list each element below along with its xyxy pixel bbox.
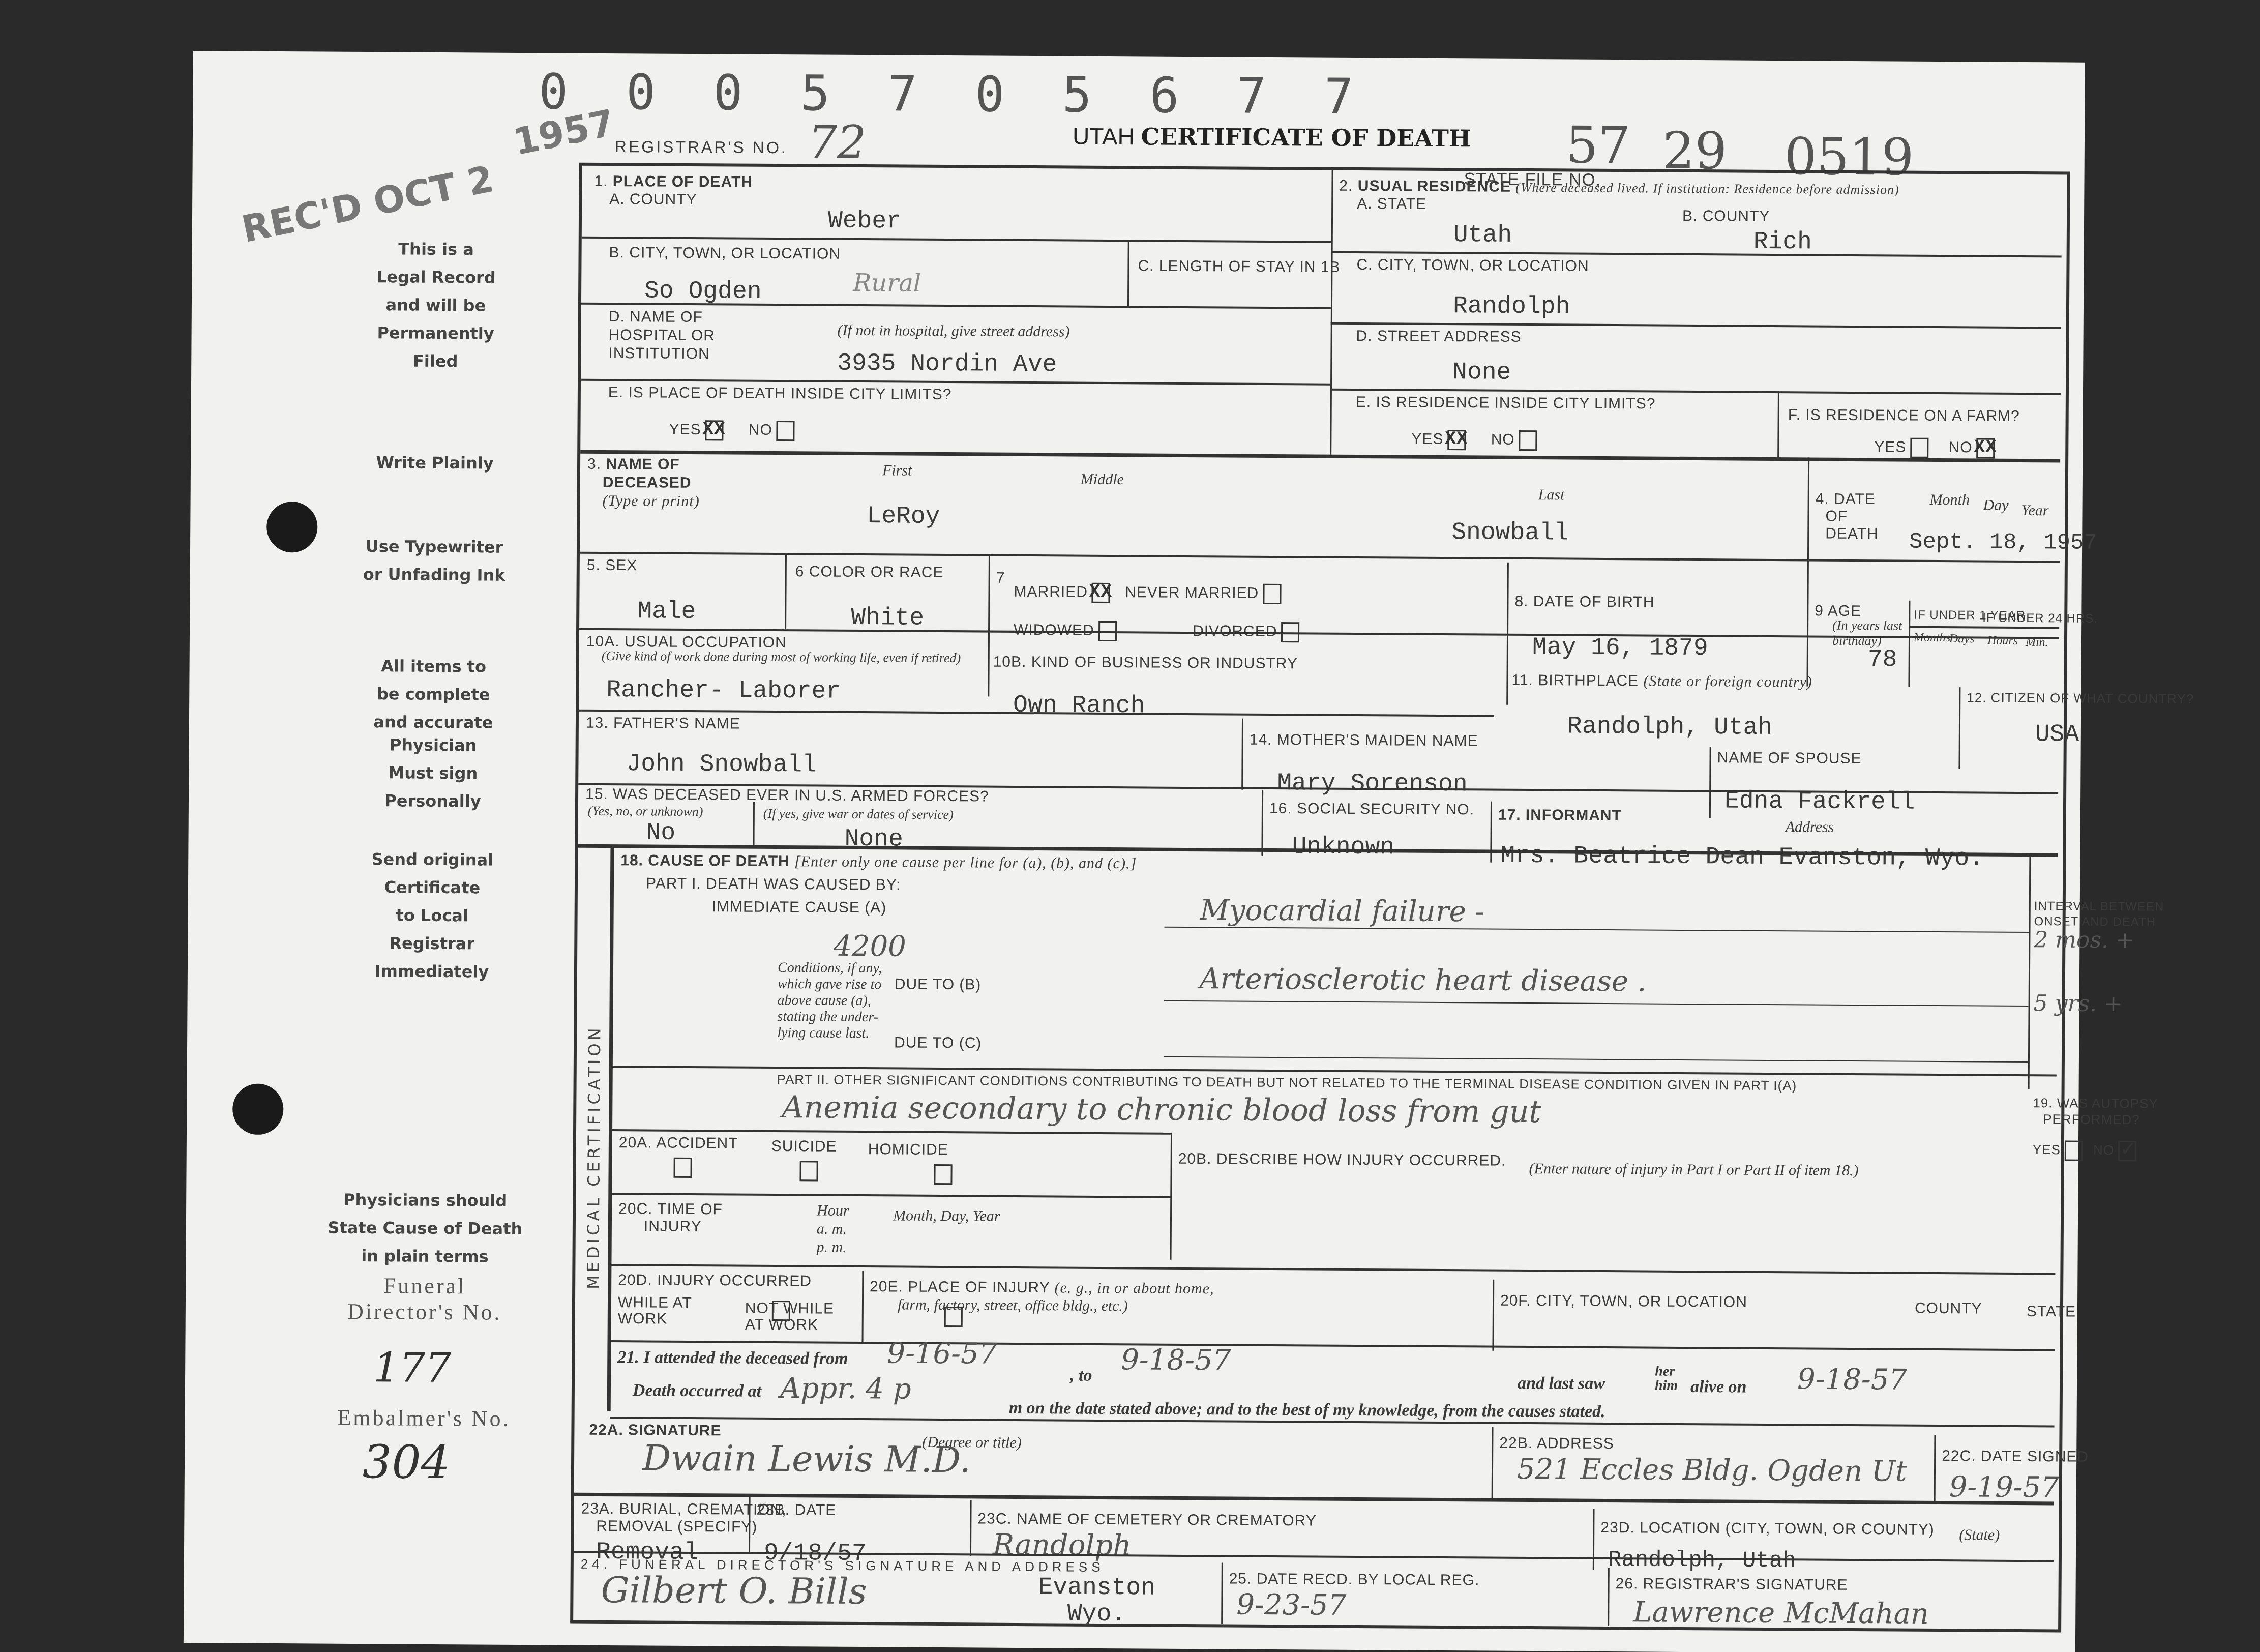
residence-inside-yes-checkbox[interactable]: [1447, 430, 1466, 450]
label: 20e. PLACE OF INJURY: [870, 1278, 1050, 1296]
title-main: CERTIFICATE OF DEATH: [1141, 123, 1471, 152]
title-prefix: UTAH: [1073, 123, 1135, 150]
part2-value: Anemia secondary to chronic blood loss f…: [782, 1089, 1541, 1130]
age-label-text: 9 AGE: [1815, 602, 1861, 619]
yes-label: YES: [2033, 1142, 2061, 1157]
place-of-death-heading: 1. PLACE OF DEATH: [594, 173, 753, 191]
cemetery-value: Randolph: [993, 1528, 1132, 1562]
citizen-label: 12. CITIZEN OF WHAT COUNTRY?: [1967, 690, 2194, 707]
registrar-no: 72: [808, 115, 867, 169]
note-line: Physician: [362, 731, 504, 760]
residence-county-value: Rich: [1753, 228, 1812, 256]
farm-no-checkbox[interactable]: [1977, 438, 1995, 458]
business-label: 10b. KIND OF BUSINESS OR INDUSTRY: [993, 654, 1298, 673]
never-married-checkbox[interactable]: [1263, 584, 1281, 604]
medical-certification-label: MEDICAL CERTIFICATION: [583, 1025, 604, 1289]
label-line: 23a. BURIAL, CREMATION,: [581, 1500, 786, 1519]
label-line: INTERVAL BETWEEN: [2034, 899, 2164, 915]
registrar-no-label: REGISTRAR'S NO.: [615, 137, 788, 157]
label-line: NOT WHILE: [745, 1301, 834, 1317]
death-inside-yes-checkbox[interactable]: [705, 420, 723, 440]
registrar-signature-label: 26. REGISTRAR'S SIGNATURE: [1616, 1575, 1848, 1594]
residence-inside-no-checkbox[interactable]: [1519, 430, 1537, 451]
age-value: 78: [1868, 646, 1897, 673]
num: 3.: [587, 456, 601, 473]
place-of-injury-hint: farm, factory, street, office bldg., etc…: [898, 1296, 1128, 1315]
accident-checkbox[interactable]: [673, 1158, 692, 1178]
death-date-label: 4. DATE OF DEATH: [1815, 491, 1879, 543]
note-line: Registrar: [355, 929, 508, 958]
num: 2.: [1339, 178, 1353, 194]
residence-state-value: Utah: [1453, 221, 1512, 249]
injury-city-label: 20f. CITY, TOWN, OR LOCATION: [1500, 1292, 1747, 1311]
death-county-value: Weber: [828, 208, 901, 235]
label: 18. CAUSE OF DEATH: [620, 852, 790, 870]
residence-street-value: None: [1452, 359, 1511, 387]
num: 1.: [594, 173, 608, 190]
label: 22a. SIGNATURE: [589, 1422, 721, 1439]
label-line: INJURY: [618, 1218, 723, 1235]
days-label: Days: [1949, 632, 1974, 646]
suicide-label: SUICIDE: [771, 1138, 837, 1156]
married-option: MARRIED NEVER MARRIED: [1014, 582, 1281, 604]
death-occurred-value: Appr. 4 p: [780, 1372, 911, 1406]
physician-address-value: 521 Eccles Bldg. Ogden Ut: [1517, 1453, 1907, 1488]
death-county-label: a. COUNTY: [609, 191, 697, 209]
stamp-year: 1957: [510, 101, 618, 164]
death-occurred-label: Death occurred at: [633, 1381, 761, 1401]
note-line: Immediately: [355, 957, 508, 986]
residence-city-value: Randolph: [1453, 292, 1570, 320]
label-line: WORK: [618, 1311, 692, 1327]
label-line: PERFORMED?: [2033, 1111, 2158, 1128]
residence-street-label: d. STREET ADDRESS: [1356, 328, 1522, 346]
hint: (Where deceased lived. If institution: R…: [1515, 180, 1899, 197]
sidebar-note-complete: All items to be complete and accurate: [362, 652, 505, 737]
yes-label: YES: [1411, 431, 1443, 448]
hint: [Enter only one cause per line for (a), …: [794, 853, 1137, 872]
no-label: NO: [749, 422, 772, 438]
her: her: [1655, 1365, 1678, 1379]
sidebar-note-cause: Physicians should State Cause of Death i…: [323, 1186, 527, 1271]
form-title: UTAH CERTIFICATE OF DEATH: [1073, 123, 1471, 153]
injury-description-hint: (Enter nature of injury in Part I or Par…: [1529, 1160, 1859, 1179]
death-city-note: Rural: [853, 269, 921, 298]
her-him-label: her him: [1655, 1365, 1678, 1393]
hint-line: lying cause last.: [777, 1025, 882, 1042]
sex-value: Male: [637, 598, 696, 626]
note-line: Use Typewriter: [358, 533, 511, 562]
residence-city-label: c. CITY, TOWN, OR LOCATION: [1356, 256, 1589, 275]
label-line: 20c. TIME OF: [618, 1200, 723, 1218]
month-day-year-label: Month, Day, Year: [893, 1207, 1000, 1225]
label-line: WHILE AT: [618, 1294, 692, 1311]
first-label: First: [882, 462, 912, 479]
hospital-hint: (If not in hospital, give street address…: [838, 322, 1070, 341]
death-inside-no-checkbox[interactable]: [777, 421, 795, 441]
yes-label: YES: [1874, 438, 1906, 455]
hole-punch: [266, 501, 318, 553]
address-line: Wyo.: [1038, 1601, 1155, 1628]
alive-on-label: alive on: [1690, 1377, 1747, 1397]
note-line: This is a: [365, 235, 507, 264]
autopsy-label: 19. WAS AUTOPSY PERFORMED?: [2033, 1095, 2158, 1128]
death-inside-limits: YES NO: [669, 420, 795, 441]
informant-address-label: Address: [1786, 818, 1834, 836]
him: him: [1655, 1379, 1678, 1393]
length-of-stay-label: c. LENGTH OF STAY IN 1b: [1138, 257, 1340, 276]
first-name-value: LeRoy: [867, 503, 940, 530]
informant-label: 17. INFORMANT: [1498, 807, 1622, 824]
hint-line: which gave rise to: [778, 976, 882, 993]
note-line: Must sign: [362, 759, 504, 788]
burial-location-label: 23d. LOCATION (City, town, or county): [1600, 1519, 1935, 1539]
last-saw-label: and last saw: [1518, 1374, 1605, 1394]
embalmer-no: 304: [363, 1435, 450, 1489]
death-date-value: Sept. 18, 1957: [1909, 529, 2097, 556]
label: 11. BIRTHPLACE: [1511, 672, 1639, 690]
ssn-value: Unknown: [1292, 833, 1394, 861]
note-line: be complete: [362, 680, 504, 709]
label-line: 4. DATE: [1816, 491, 1879, 509]
sidebar-note-physician: Physician Must sign Personally: [362, 731, 504, 816]
farm-yes-checkbox[interactable]: [1910, 438, 1928, 458]
part1-label: PART I. DEATH WAS CAUSED BY:: [646, 875, 901, 894]
injury-occurred-label: 20d. INJURY OCCURRED: [618, 1272, 812, 1290]
received-stamp: REC'D OCT 2 1957: [238, 131, 624, 250]
label: 17. INFORMANT: [1498, 807, 1622, 824]
sex-label: 5. SEX: [587, 557, 638, 575]
autopsy-no-checkbox[interactable]: [2118, 1141, 2136, 1161]
hint: (Type or print): [587, 492, 699, 511]
funeral-director-no: 177: [373, 1344, 451, 1392]
attended-prefix: 21. I attended the deceased from: [617, 1348, 848, 1369]
note-line: Physicians should: [323, 1186, 527, 1215]
funeral-director-no-label: Funeral Director's No.: [323, 1273, 527, 1325]
cause-of-death-label: 18. CAUSE OF DEATH [Enter only one cause…: [620, 852, 1137, 872]
date-received-value: 9-23-57: [1236, 1588, 1346, 1622]
certificate-page: 0 0 0 5 7 0 5 6 7 7 REGISTRAR'S NO. 72 U…: [184, 51, 2085, 1652]
note-line: to Local: [355, 901, 508, 930]
am-label: a. m.: [817, 1220, 849, 1238]
informant-value: Mrs. Beatrice Dean Evanston, Wyo.: [1500, 842, 1984, 873]
label: 23d. LOCATION (City, town, or county): [1600, 1519, 1935, 1538]
serial-number: 0 0 0 5 7 0 5 6 7 7: [539, 63, 1368, 125]
label-line: Funeral: [323, 1273, 526, 1300]
place-of-injury-label: 20e. PLACE OF INJURY (e. g., in or about…: [870, 1278, 1214, 1297]
note-line: Legal Record: [365, 263, 507, 292]
note-line: Certificate: [356, 873, 509, 902]
label-line: d. NAME OF: [609, 308, 716, 327]
race-label: 6 COLOR OR RACE: [795, 563, 944, 581]
hint-line: above cause (a),: [778, 992, 882, 1009]
sidebar-note-send: Send original Certificate to Local Regis…: [355, 845, 509, 986]
injury-state-label: STATE: [2027, 1303, 2076, 1321]
birthplace-value: Randolph, Utah: [1567, 713, 1773, 742]
residence-inside-limits-label: e. IS RESIDENCE INSIDE CITY LIMITS?: [1356, 394, 1656, 413]
occupation-hint: (Give kind of work done during most of w…: [602, 648, 968, 666]
label-line: INSTITUTION: [608, 344, 715, 363]
time-of-injury-label: 20c. TIME OF INJURY: [618, 1200, 723, 1235]
autopsy-yes-checkbox[interactable]: [2065, 1141, 2083, 1161]
no-label: NO: [1491, 431, 1515, 448]
death-city-label: b. CITY, TOWN, OR LOCATION: [609, 244, 841, 263]
sidebar-note-typewriter: Use Typewriter or Unfading Ink: [358, 533, 511, 589]
hospital-label: d. NAME OF HOSPITAL OR INSTITUTION: [608, 308, 715, 363]
hospital-value: 3935 Nordin Ave: [837, 350, 1057, 379]
autopsy-options: YES NO: [2033, 1140, 2137, 1161]
date-received-label: 25. DATE RECD. BY LOCAL REG.: [1229, 1570, 1480, 1589]
note-line: State Cause of Death: [323, 1214, 527, 1243]
funeral-director-address: Evanston Wyo.: [1038, 1574, 1155, 1628]
year-label: Year: [2021, 502, 2048, 519]
hint-line: Conditions, if any,: [778, 960, 882, 977]
married-label: MARRIED: [1014, 583, 1088, 601]
death-inside-limits-label: e. IS PLACE OF DEATH INSIDE CITY LIMITS?: [608, 384, 952, 403]
immediate-cause-value: Myocardial failure -: [1200, 894, 1485, 928]
under-24-label: IF UNDER 24 HRS.: [1982, 611, 2098, 626]
accident-label: ACCIDENT: [656, 1135, 738, 1152]
physician-address-label: 22b. ADDRESS: [1499, 1435, 1614, 1453]
ssn-label: 16. SOCIAL SECURITY NO.: [1269, 800, 1474, 818]
hint-line: stating the under-: [777, 1009, 882, 1025]
residence-inside-limits: YES NO: [1411, 430, 1537, 451]
immediate-cause-label: IMMEDIATE CAUSE (a): [712, 898, 887, 917]
occupation-value: Rancher- Laborer: [606, 676, 841, 705]
marital-num: 7: [996, 570, 1005, 587]
armed-hint-2: (If yes, give war or dates of service): [763, 806, 954, 822]
embalmer-no-label: Embalmer's No.: [322, 1405, 525, 1432]
hour-label: Hour: [817, 1202, 849, 1220]
residence-heading: 2. USUAL RESIDENCE (Where deceased lived…: [1339, 178, 1899, 198]
label-line: 19. WAS AUTOPSY: [2033, 1095, 2158, 1112]
race-value: White: [851, 604, 924, 632]
manner-of-death: 20a. ACCIDENT: [619, 1134, 738, 1152]
due-to-c-label: DUE TO (c): [894, 1034, 982, 1052]
while-at-work-label: WHILE AT WORK: [618, 1294, 692, 1327]
widowed-label: WIDOWED: [1014, 622, 1094, 639]
attended-to-value: 9-18-57: [1121, 1343, 1231, 1377]
suicide-checkbox[interactable]: [800, 1161, 818, 1181]
married-checkbox[interactable]: [1092, 583, 1110, 603]
spouse-label: NAME OF SPOUSE: [1717, 749, 1861, 768]
due-to-b-label: DUE TO (b): [895, 976, 982, 993]
note-line: Send original: [356, 845, 509, 874]
label-line: AT WORK: [745, 1317, 834, 1334]
no-label: NO: [1949, 439, 1973, 456]
never-married-label: NEVER MARRIED: [1125, 584, 1259, 602]
burial-state-label: (State): [1959, 1526, 2000, 1544]
father-label: 13. FATHER'S NAME: [586, 715, 740, 733]
burial-date-label: 23b. DATE: [756, 1501, 836, 1519]
label-line: Director's No.: [323, 1299, 526, 1325]
yes-label: YES: [669, 421, 701, 438]
date-signed-label: 22c. DATE SIGNED: [1942, 1448, 2089, 1466]
armed-value: No: [646, 819, 675, 846]
sidebar-note-write-plainly: Write Plainly: [364, 449, 506, 478]
day-label: Day: [1983, 497, 2009, 514]
label-line: NAME OF: [606, 456, 680, 473]
note-line: All items to: [362, 652, 504, 681]
hint: (e. g., in or about home,: [1054, 1279, 1214, 1297]
note-line: in plain terms: [323, 1242, 526, 1271]
month-label: Month: [1930, 491, 1970, 509]
heading: USUAL RESIDENCE: [1358, 178, 1511, 195]
cause-code: 4200: [834, 930, 906, 963]
homicide-checkbox[interactable]: [934, 1164, 952, 1185]
heading: PLACE OF DEATH: [613, 173, 753, 191]
label-line: DEATH: [1815, 525, 1879, 543]
pm-label: p. m.: [817, 1238, 849, 1257]
interval-b-value: 5 yrs. +: [2033, 990, 2123, 1017]
citizen-value: USA: [2035, 721, 2079, 749]
injury-county-label: COUNTY: [1915, 1300, 1982, 1318]
attended-from-value: 9-16-57: [887, 1337, 997, 1370]
to-label: , to: [1070, 1366, 1092, 1385]
not-at-work-label: NOT WHILE AT WORK: [745, 1301, 835, 1334]
residence-farm: YES NO: [1874, 437, 1995, 458]
due-to-b-value: Arteriosclerotic heart disease .: [1200, 962, 1647, 998]
death-occurred-suffix: m on the date stated above; and to the b…: [1009, 1399, 1605, 1422]
last-saw-value: 9-18-57: [1797, 1363, 1907, 1396]
residence-farm-label: f. IS RESIDENCE ON A FARM?: [1788, 406, 2020, 425]
mother-value: Mary Sorenson: [1277, 770, 1468, 798]
no-label: NO: [2093, 1142, 2114, 1158]
note-line: or Unfading Ink: [358, 560, 511, 589]
business-value: Own Ranch: [1013, 692, 1145, 720]
burial-location-value: Randolph, Utah: [1608, 1547, 1796, 1574]
disposition-label: 23a. BURIAL, CREMATION, REMOVAL (Specify…: [581, 1500, 787, 1536]
address-line: Evanston: [1038, 1574, 1155, 1601]
divider: [753, 802, 755, 848]
dob-value: May 16, 1879: [1532, 634, 1708, 662]
label-line: REMOVAL (Specify): [581, 1518, 786, 1536]
note-line: Personally: [362, 787, 504, 816]
hint: (State or foreign country): [1643, 672, 1812, 690]
label-line: OF: [1815, 508, 1879, 526]
middle-label: Middle: [1081, 471, 1124, 489]
hole-punch: [232, 1084, 284, 1135]
age-hint: (In years last birthday): [1832, 618, 1909, 649]
divorced-label: DIVORCED: [1193, 623, 1277, 640]
interval-label: INTERVAL BETWEEN ONSET AND DEATH: [2034, 899, 2164, 930]
father-value: John Snowball: [626, 750, 817, 779]
mother-label: 14. MOTHER'S MAIDEN NAME: [1250, 731, 1478, 750]
label-line: HOSPITAL OR: [608, 326, 715, 345]
deceased-name-label: 3. NAME OF DECEASED (Type or print): [587, 455, 700, 511]
residence-state-label: a. STATE: [1357, 195, 1426, 213]
conditions-hint: Conditions, if any, which gave rise to a…: [777, 960, 882, 1042]
num: 20a.: [619, 1134, 652, 1151]
cemetery-label: 23c. NAME OF CEMETERY OR CREMATORY: [977, 1510, 1317, 1529]
label-line: DECEASED: [603, 474, 692, 491]
physician-signature: Dwain Lewis M.D.: [642, 1437, 971, 1481]
date-signed-value: 9-19-57: [1949, 1470, 2059, 1504]
registrar-signature: Lawrence McMahan: [1633, 1596, 1929, 1631]
injury-description-label: 20b. DESCRIBE HOW INJURY OCCURRED.: [1178, 1150, 1506, 1170]
homicide-label: HOMICIDE: [868, 1141, 948, 1159]
armed-hint-1: (Yes, no, or unknown): [588, 804, 703, 819]
last-name-value: Snowball: [1451, 519, 1569, 547]
armed-label: 15. WAS DECEASED EVER IN U.S. ARMED FORC…: [585, 786, 989, 806]
death-city-value: So Ogden: [644, 277, 762, 305]
last-label: Last: [1538, 486, 1565, 504]
time-hour-labels: Hour a. m. p. m.: [817, 1202, 849, 1257]
note-line: Filed: [364, 347, 507, 376]
funeral-director-signature: Gilbert O. Bills: [601, 1569, 867, 1612]
residence-county-label: b. COUNTY: [1682, 208, 1770, 225]
interval-a-value: 2 mos. +: [2034, 927, 2134, 953]
note-line: Write Plainly: [364, 449, 506, 478]
note-line: Permanently: [364, 319, 507, 348]
birthplace-label: 11. BIRTHPLACE (State or foreign country…: [1511, 672, 1812, 691]
sidebar-note-legal: This is a Legal Record and will be Perma…: [364, 235, 508, 376]
note-line: and will be: [365, 291, 507, 320]
state-file-no-1: 57: [1566, 115, 1631, 175]
dob-label: 8. DATE OF BIRTH: [1514, 593, 1654, 611]
